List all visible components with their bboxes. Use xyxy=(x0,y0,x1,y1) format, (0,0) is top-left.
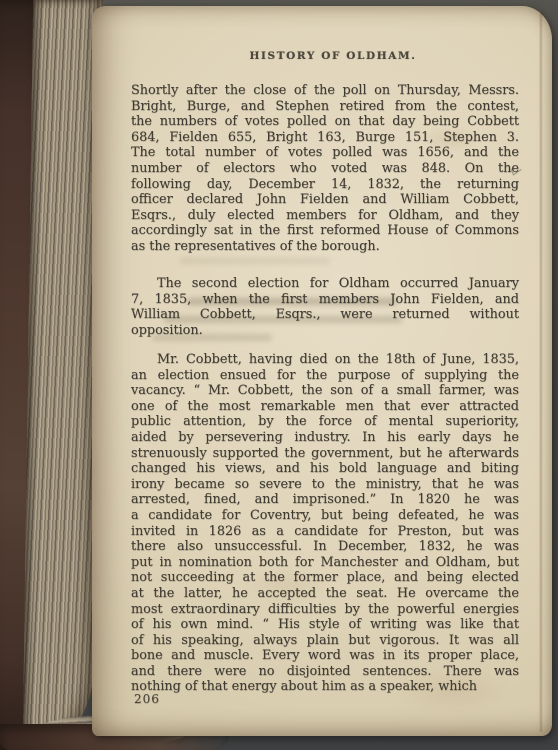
text-line: William Cobbett, Esqrs., were returned w… xyxy=(131,307,519,323)
text-line: opposition. xyxy=(131,323,519,339)
text-line: invited in 1826 as a candidate for Prest… xyxy=(131,524,519,540)
text-line: not succeeding at the former place, and … xyxy=(131,570,519,586)
text-line: of his speaking, always plain but vigoro… xyxy=(131,633,519,649)
text-block: Shortly after the close of the poll on T… xyxy=(131,83,519,713)
text-line: Mr. Cobbett, having died on the 18th of … xyxy=(131,352,519,368)
text-line: irony became so severe to the ministry, … xyxy=(131,477,519,493)
text-line: strenuously supported the government, bu… xyxy=(131,446,519,462)
text-line: at the latter, he accepted the seat. He … xyxy=(131,586,519,602)
text-line: most extraordinary difficulties by the p… xyxy=(131,602,519,618)
text-line: one of the most remarkable men that ever… xyxy=(131,399,519,415)
text-line: Esqrs., duly elected members for Oldham,… xyxy=(131,208,519,224)
text-line: arrested, fined, and imprisoned.” In 182… xyxy=(131,492,519,508)
paragraph: Shortly after the close of the poll on T… xyxy=(131,83,519,255)
text-line: officer declared John Fielden and Willia… xyxy=(131,192,519,208)
text-line: the numbers of votes polled on that day … xyxy=(131,114,519,130)
text-line: The total number of votes polled was 165… xyxy=(131,145,519,161)
text-line: nothing of that energy about him as a sp… xyxy=(131,679,519,695)
book-photo: HISTORY OF OLDHAM. Shortly after the clo… xyxy=(0,0,558,750)
page-crease xyxy=(539,10,543,732)
text-line: put in nomination both for Manchester an… xyxy=(131,555,519,571)
paragraph: Mr. Cobbett, having died on the 18th of … xyxy=(131,352,519,695)
text-line: accordingly sat in the first reformed Ho… xyxy=(131,223,519,239)
text-line: number of electors who voted was 848. On… xyxy=(131,161,519,177)
text-line: 684, Fielden 655, Bright 163, Burge 151,… xyxy=(131,130,519,146)
text-line: there also unsuccessful. In December, 18… xyxy=(131,539,519,555)
text-line: of his own mind. “ His style of writing … xyxy=(131,617,519,633)
running-header: HISTORY OF OLDHAM. xyxy=(139,50,527,62)
text-line: as the representatives of the borough. xyxy=(131,239,519,255)
text-line: Bright, Burge, and Stephen retired from … xyxy=(131,99,519,115)
text-line: vacancy. “ Mr. Cobbett, the son of a sma… xyxy=(131,383,519,399)
page-number: 206 xyxy=(134,692,160,706)
text-line: 7, 1835, when the first members John Fie… xyxy=(131,292,519,308)
text-line: bone and muscle. Every word was in its p… xyxy=(131,648,519,664)
text-line: following day, December 14, 1832, the re… xyxy=(131,177,519,193)
text-line: a candidate for Coventry, but being defe… xyxy=(131,508,519,524)
text-line: changed his views, and his bold language… xyxy=(131,461,519,477)
text-line: aided by persevering industry. In his ea… xyxy=(131,430,519,446)
text-line: Shortly after the close of the poll on T… xyxy=(131,83,519,99)
text-line: The second election for Oldham occurred … xyxy=(131,276,519,292)
book-page: HISTORY OF OLDHAM. Shortly after the clo… xyxy=(92,6,552,736)
paragraph: The second election for Oldham occurred … xyxy=(131,276,519,338)
text-line: an election ensued for the purpose of su… xyxy=(131,368,519,384)
text-line: and there were no disjointed sentences. … xyxy=(131,664,519,680)
text-line: public attention, by the force of mental… xyxy=(131,414,519,430)
